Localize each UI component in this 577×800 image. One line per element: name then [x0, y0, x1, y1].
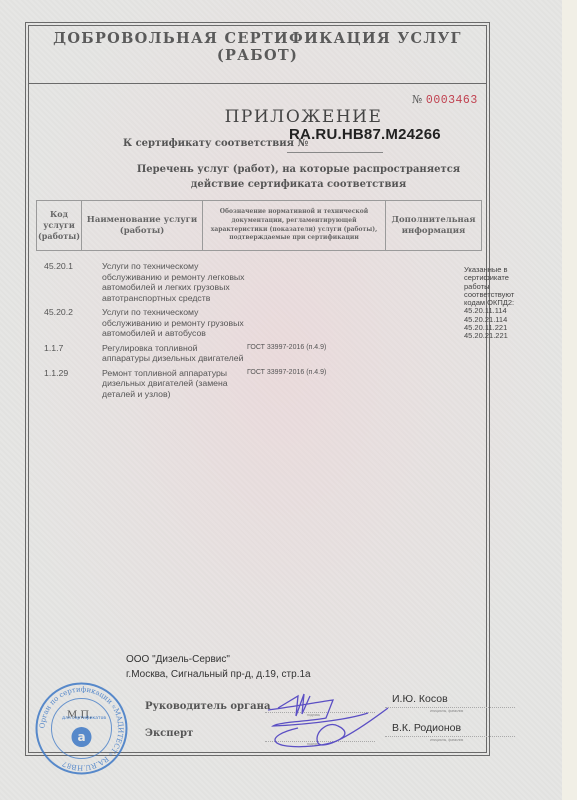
table-row: 45.20.2 Услуги по техническому обслужива…: [44, 307, 474, 339]
table-row: 1.1.7 Регулировка топливной аппаратуры д…: [44, 343, 474, 364]
additional-info-line: 45.20.21.221: [464, 332, 534, 340]
serial-number: № 0003463: [412, 93, 478, 107]
row-standard: ГОСТ 33997-2016 (п.4.9): [247, 368, 387, 400]
row-standard: [247, 307, 387, 339]
header-code: Код услуги (работы): [37, 201, 82, 250]
row-standard: [247, 261, 387, 303]
table-body: 45.20.1 Услуги по техническому обслужива…: [44, 261, 474, 403]
appendix-title: ПРИЛОЖЕНИЕ: [0, 107, 577, 127]
table-header: Код услуги (работы) Наименование услуги …: [36, 200, 482, 251]
certification-stamp-icon: Орган по сертификации «МАДИТЕСТ» RA.RU.H…: [34, 681, 129, 776]
row-name: Регулировка топливной аппаратуры дизельн…: [102, 343, 247, 364]
head-name-caption: инициалы, фамилия: [430, 709, 463, 713]
certificate-label: К сертификату соответствия №: [123, 138, 308, 149]
organization-name: ООО "Дизель-Сервис": [126, 652, 311, 667]
organization-address: г.Москва, Сигнальный пр-д, д.19, стр.1а: [126, 667, 311, 682]
table-row: 1.1.29 Ремонт топливной аппаратуры дизел…: [44, 368, 474, 400]
list-title: Перечень услуг (работ), на которые распр…: [0, 162, 577, 192]
svg-text:а: а: [77, 730, 85, 744]
header-additional: Дополнительная информация: [386, 201, 481, 250]
header-divider: [28, 83, 487, 84]
row-code: 1.1.29: [44, 368, 102, 400]
head-name-line: [385, 707, 515, 708]
list-title-line1: Перечень услуг (работ), на которые распр…: [20, 162, 577, 177]
certificate-number: RA.RU.HB87.M24266: [289, 126, 441, 143]
head-label: Руководитель органа: [145, 701, 270, 712]
additional-info: Указанные в сертификате работы соответст…: [464, 266, 534, 341]
expert-name-caption: инициалы, фамилия: [430, 738, 463, 742]
certificate-underline: [287, 152, 383, 153]
row-code: 1.1.7: [44, 343, 102, 364]
expert-name: В.К. Родионов: [392, 722, 461, 734]
expert-name-line: [385, 736, 515, 737]
header-standard: Обозначение нормативной и технической до…: [203, 201, 386, 250]
row-name: Ремонт топливной аппаратуры дизельных дв…: [102, 368, 247, 400]
handwritten-signature-icon: [258, 688, 393, 758]
expert-label: Эксперт: [145, 728, 193, 739]
organization-block: ООО "Дизель-Сервис" г.Москва, Сигнальный…: [126, 652, 311, 682]
document-header-title: ДОБРОВОЛЬНАЯ СЕРТИФИКАЦИЯ УСЛУГ (РАБОТ): [28, 30, 487, 64]
table-row: 45.20.1 Услуги по техническому обслужива…: [44, 261, 474, 303]
row-code: 45.20.2: [44, 307, 102, 339]
row-code: 45.20.1: [44, 261, 102, 303]
row-standard: ГОСТ 33997-2016 (п.4.9): [247, 343, 387, 364]
serial-value: 0003463: [426, 94, 478, 107]
serial-prefix: №: [412, 93, 422, 106]
stamp-inner-text: для сертификатов: [62, 715, 106, 721]
head-name: И.Ю. Косов: [392, 693, 448, 705]
header-name: Наименование услуги (работы): [82, 201, 203, 250]
row-name: Услуги по техническому обслуживанию и ре…: [102, 261, 247, 303]
row-name: Услуги по техническому обслуживанию и ре…: [102, 307, 247, 339]
list-title-line2: действие сертификата соответствия: [20, 177, 577, 192]
